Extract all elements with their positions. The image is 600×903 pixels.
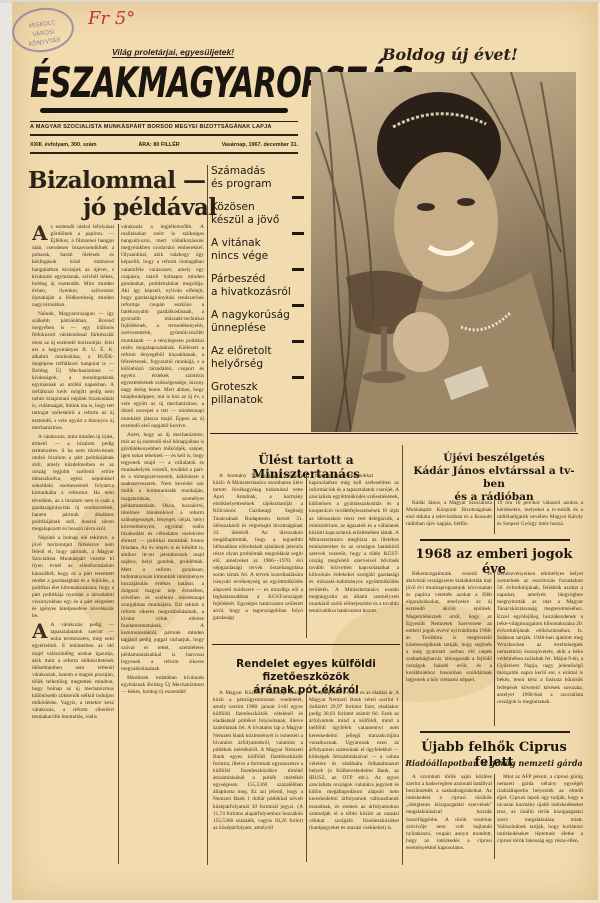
contents-line: Groteszk <box>211 381 306 394</box>
drop-cap: A <box>32 224 48 242</box>
contents-line: Számadás <box>211 165 306 178</box>
rule <box>30 134 298 136</box>
contents-item[interactable]: Közösenkészül a jövő <box>211 201 306 227</box>
column-divider <box>118 224 119 864</box>
contents-item[interactable]: A nagykorúságünneplése <box>211 309 306 335</box>
lead-headline: Bizalommal — jó példával <box>28 167 217 221</box>
contents-list: Számadásés program Közösenkészül a jövő … <box>211 165 306 417</box>
exchange-column-1: A Magyar Közlöny vasárnapi száma közli a… <box>213 690 303 862</box>
contents-item[interactable]: Groteszkpillanatok <box>211 381 306 407</box>
kadar-headline-line1: Újévi beszélgetés <box>405 452 583 465</box>
paragraph: 19 óra 10 perckor válaszol azokra a kérd… <box>497 500 583 528</box>
separator-bar <box>292 340 304 343</box>
woman-with-glass-photo-icon <box>311 72 576 432</box>
rule <box>420 731 570 733</box>
volume-number: XXIII. évfolyam, 300. szám <box>30 142 97 148</box>
separator-bar <box>292 196 304 199</box>
paragraph: mechanizmus-reformokkal kapcsolatban még… <box>309 473 399 615</box>
paragraph: Azért, hogy az új mechanizmus, már az új… <box>121 432 204 673</box>
masthead-motto: Világ proletárjai, egyesüljetek! <box>112 47 234 58</box>
separator-bar <box>292 232 304 235</box>
contents-line: és program <box>211 178 306 191</box>
lead-article-column-2: várakozás a legjellemzőbb. A realitásoka… <box>121 224 204 864</box>
stamp-text: MISKOLC VÁROSI KÖNYVTÁR <box>28 19 61 48</box>
contents-line: készül a jövő <box>211 214 306 227</box>
handwritten-mark: Fr 5° <box>88 8 135 29</box>
ministry-column-2: mechanizmus-reformokkal kapcsolatban még… <box>309 473 399 638</box>
rule <box>30 152 298 154</box>
contents-line: nincs vége <box>211 250 306 263</box>
lead-article-column-1: Az esztendő utolsó lefolyásai gördülnek … <box>32 224 114 884</box>
contents-line: Az előretolt <box>211 345 306 358</box>
masthead-underline <box>40 108 288 113</box>
contents-item[interactable]: Számadásés program <box>211 165 306 191</box>
column-divider <box>402 445 403 865</box>
rule <box>212 644 400 645</box>
cyprus-subheadline: Riadóállapotban a görög nemzeti gárda <box>405 758 583 768</box>
new-year-greeting: Boldog új évet! <box>382 45 518 64</box>
exchange-column-2: mindig eltér a vételi és az eladási ár. … <box>309 690 399 862</box>
paragraph: A Magyar Közlöny vasárnapi száma közli a… <box>213 690 303 832</box>
exchange-headline-line1: Rendelet egyes külföldi fizetőeszközök <box>212 658 400 684</box>
new-year-photo <box>311 72 576 432</box>
column-divider <box>494 774 495 859</box>
paragraph: A szombati török sajtó közlése szerint a… <box>406 774 492 852</box>
paragraph: Népünk a holnap elé tekintve, a jövő hor… <box>32 535 114 620</box>
contents-line: Közösen <box>211 201 306 214</box>
lead-headline-line1: Bizalommal — <box>28 167 206 194</box>
paragraph: várakozás a legjellemzőbb. A realitásoka… <box>121 224 204 430</box>
human-rights-column-1: Békemozgalmunk vezetői és aktivistái ors… <box>406 571 492 726</box>
contents-item[interactable]: A vitánaknincs vége <box>211 237 306 263</box>
issue-date: Vasárnap, 1967. december 31. <box>222 142 298 148</box>
separator-bar <box>292 268 304 271</box>
paragraph: Nálunk, Magyarországon — így szűkebb pát… <box>32 311 114 432</box>
issue-info-line: XXIII. évfolyam, 300. szám ÁRA: 80 FILLÉ… <box>30 142 298 148</box>
kadar-headline: Újévi beszélgetés Kádár János elvtárssal… <box>405 452 583 504</box>
rule <box>210 433 578 434</box>
contents-line: ünneplése <box>211 322 306 335</box>
contents-item[interactable]: Az előretolthelyőrség <box>211 345 306 371</box>
rule <box>30 121 298 122</box>
contents-line: pillanatok <box>211 394 306 407</box>
contents-line: Párbeszéd <box>211 273 306 286</box>
cyprus-column-2: Mint az AFP jelenti, a ciprusi görög nem… <box>497 774 583 859</box>
column-divider <box>306 473 307 638</box>
rule <box>420 539 570 541</box>
contents-line: a hivatkozásról <box>211 286 306 299</box>
scan-margin <box>0 0 12 903</box>
paragraph: A kormány Tájékoztatási Hivatala közli: … <box>213 473 303 622</box>
paragraph: mindig eltér a vételi és az eladási ár. … <box>309 690 399 832</box>
column-divider <box>306 690 307 862</box>
drop-cap: A <box>32 622 48 640</box>
contents-line: helyőrség <box>211 358 306 371</box>
kadar-column-2: 19 óra 10 perckor válaszol azokra a kérd… <box>497 500 583 535</box>
paragraph: Békemozgalmunk vezetői és aktivistái ors… <box>406 571 492 685</box>
column-divider <box>207 165 208 865</box>
lead-headline-line2: jó példával <box>28 194 217 221</box>
issue-price: ÁRA: 80 FILLÉR <box>138 142 179 148</box>
contents-line: A nagykorúság <box>211 309 306 322</box>
kadar-column-1: Kádár János, a Magyar Szocialista Munkás… <box>406 500 492 535</box>
separator-bar <box>292 376 304 379</box>
paragraph: A várakozás, mint minden új írjást, érth… <box>32 434 114 533</box>
paragraph: Rendezvényeiken tekintélyes helyet szent… <box>497 571 583 706</box>
contents-line: A vitának <box>211 237 306 250</box>
column-divider <box>494 500 495 534</box>
ministry-column-1: A kormány Tájékoztatási Hivatala közli: … <box>213 473 303 638</box>
cyprus-column-1: A szombati török sajtó közlése szerint a… <box>406 774 492 859</box>
separator-bar <box>292 304 304 307</box>
contents-item[interactable]: Párbeszéda hivatkozásról <box>211 273 306 299</box>
human-rights-column-2: Rendezvényeiken tekintélyes helyet szent… <box>497 571 583 726</box>
masthead-subtitle: A MAGYAR SZOCIALISTA MUNKÁSPÁRT BORSOD M… <box>30 124 272 130</box>
paragraph: Mint az AFP jelenti, a ciprusi görög nem… <box>497 774 583 845</box>
kadar-headline-line2: Kádár János elvtárssal a tv-ben <box>405 465 583 491</box>
paragraph: Kádár János, a Magyar Szocialista Munkás… <box>406 500 492 528</box>
paragraph: Mindezek tudatában kívánunk egymásnak Bo… <box>121 675 204 696</box>
column-divider <box>494 571 495 726</box>
